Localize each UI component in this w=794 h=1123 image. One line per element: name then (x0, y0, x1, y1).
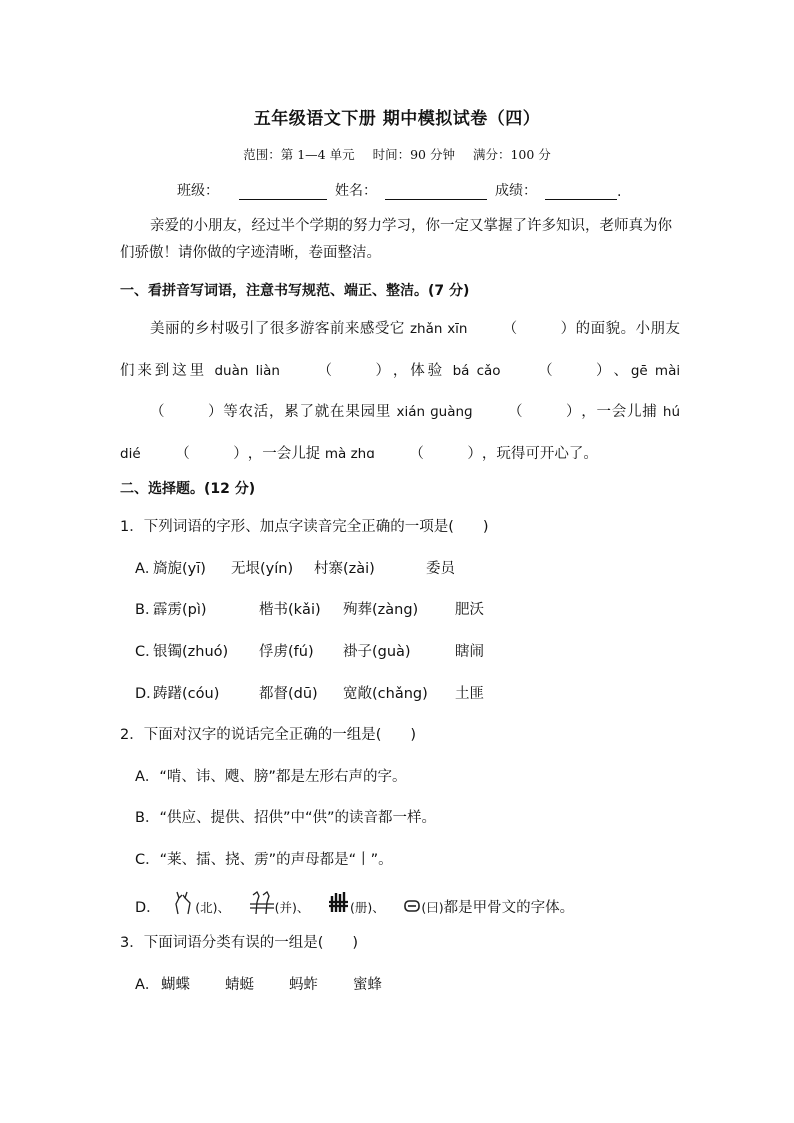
option-word: 委员 (426, 557, 455, 578)
name-label: 姓名： (335, 180, 377, 200)
trailing-mark: . (617, 184, 621, 200)
answer-blank-1[interactable]: （ ） (473, 309, 576, 351)
answer-blank-2[interactable]: （ ） (287, 351, 390, 393)
option-word: 殉葬(zàng) (343, 598, 455, 619)
question-3-stem: 3．下面词语分类有误的一组是( ) (120, 931, 358, 952)
option-word: 蜜蜂 (353, 973, 382, 994)
option-text: “供应、提供、招供”中“供”的读音都一样。 (159, 810, 436, 826)
pinyin-paragraph: 美丽的乡村吸引了很多游客前来感受它 zhǎn xīn （ ）的面貌。小朋友们来到… (120, 309, 680, 475)
option-text: 都是甲骨文的字体。 (444, 900, 575, 916)
option-letter: A． (135, 557, 153, 578)
option-word: 俘虏(fú) (259, 640, 343, 661)
option-word: 蜻蜓 (225, 973, 289, 994)
option-letter: D． (135, 900, 161, 916)
q1-option-b[interactable]: B．霹雳(pì)楷书(kǎi)殉葬(zàng)肥沃 (135, 598, 484, 619)
option-word: 无垠(yín) (231, 557, 314, 578)
q2-option-a[interactable]: A．“啃、讳、飕、膀”都是左形右声的字。 (135, 765, 406, 786)
option-word: 肥沃 (455, 598, 484, 619)
option-text: “啃、讳、飕、膀”都是左形右声的字。 (159, 769, 406, 785)
option-letter: C． (135, 852, 160, 868)
class-field[interactable] (239, 183, 327, 200)
q1-option-d[interactable]: D．踌躇(cóu)都督(dū)宽敞(chǎng)土匪 (135, 682, 484, 703)
text-fragment: ，体验 (390, 363, 445, 379)
text-fragment: ，玩得可开心了。 (482, 446, 598, 462)
option-word: 旖旎(yī) (153, 557, 231, 578)
option-letter: A． (135, 769, 159, 785)
answer-blank-6[interactable]: （ ） (145, 434, 248, 476)
oracle-ce-glyph-icon (328, 890, 350, 916)
glyph-caption: (曰) (421, 900, 443, 915)
score-field[interactable] (545, 183, 617, 200)
answer-blank-7[interactable]: （ ） (379, 434, 482, 476)
pinyin-gemai: gē mài (631, 363, 680, 379)
pinyin-duanlian: duàn liàn (214, 363, 279, 379)
name-field[interactable] (385, 183, 487, 200)
oracle-bing-glyph-icon (249, 890, 275, 916)
q1-option-a[interactable]: A．旖旎(yī)无垠(yín)村寨(zài)委员 (135, 557, 455, 578)
option-letter: B． (135, 598, 153, 619)
option-letter: A． (135, 973, 161, 994)
option-letter: D． (135, 682, 153, 703)
option-word: 褂子(guà) (343, 640, 455, 661)
question-1-stem: 1．下列词语的字形、加点字读音完全正确的一项是( ) (120, 515, 489, 536)
page-title: 五年级语文下册 期中模拟试卷（四） (0, 104, 794, 129)
text-fragment: 、 (611, 363, 631, 379)
text-fragment: ，一会儿捉 (248, 446, 321, 462)
option-word: 蝴蝶 (161, 973, 225, 994)
text-fragment: ，一会儿捕 (581, 404, 658, 420)
option-word: 霹雳(pì) (153, 598, 259, 619)
option-word: 踌躇(cóu) (153, 682, 259, 703)
option-word: 银镯(zhuó) (153, 640, 259, 661)
section1-heading: 一、看拼音写词语，注意书写规范、端正、整洁。(7 分) (120, 280, 469, 300)
exam-time: 时间：90 分钟 (373, 147, 455, 162)
option-word: 宽敞(chǎng) (343, 682, 455, 703)
q1-option-c[interactable]: C．银镯(zhuó)俘虏(fú)褂子(guà)瞎闹 (135, 640, 484, 661)
option-word: 土匪 (455, 682, 484, 703)
exam-meta: 范围：第 1—4 单元 时间：90 分钟 满分：100 分 (0, 145, 794, 163)
option-letter: C． (135, 640, 153, 661)
glyph-caption: (册)、 (350, 900, 385, 915)
answer-blank-5[interactable]: （ ） (478, 392, 581, 434)
answer-blank-4[interactable]: （ ） (120, 392, 223, 434)
pinyin-bacao: bá cǎo (453, 363, 501, 379)
option-letter: B． (135, 810, 159, 826)
pinyin-mazha: mà zhɑ (325, 446, 375, 462)
option-text: “莱、擂、挠、雳”的声母都是“丨”。 (160, 852, 393, 868)
student-info-row: 班级： 姓名： 成绩： . (177, 180, 621, 200)
option-word: 都督(dū) (259, 682, 343, 703)
exam-page: 五年级语文下册 期中模拟试卷（四） 范围：第 1—4 单元 时间：90 分钟 满… (0, 0, 794, 1123)
section2-heading: 二、选择题。(12 分) (120, 478, 255, 498)
glyph-caption: (并)、 (275, 900, 310, 915)
option-word: 楷书(kǎi) (259, 598, 343, 619)
pinyin-xianguang: xián ɡuànɡ (396, 404, 472, 420)
oracle-yue-glyph-icon (403, 898, 421, 914)
answer-blank-3[interactable]: （ ） (508, 351, 611, 393)
option-word: 蚂蚱 (289, 973, 353, 994)
class-label: 班级： (177, 180, 219, 200)
q3-option-a[interactable]: A．蝴蝶蜻蜓蚂蚱蜜蜂 (135, 973, 382, 994)
q2-option-c[interactable]: C．“莱、擂、挠、雳”的声母都是“丨”。 (135, 848, 393, 869)
text-fragment: 美丽的乡村吸引了很多游客前来感受它 (150, 321, 405, 337)
option-word: 瞎闹 (455, 640, 484, 661)
option-word: 村寨(zài) (314, 557, 426, 578)
question-2-stem: 2．下面对汉字的说话完全正确的一组是( ) (120, 723, 416, 744)
q2-option-b[interactable]: B．“供应、提供、招供”中“供”的读音都一样。 (135, 806, 436, 827)
exam-scope: 范围：第 1—4 单元 (243, 147, 354, 162)
intro-paragraph: 亲爱的小朋友，经过半个学期的努力学习，你一定又掌握了许多知识，老师真为你们骄傲！… (120, 213, 680, 267)
oracle-bei-glyph-icon (173, 890, 195, 916)
text-fragment: 等农活，累了就在果园里 (223, 404, 392, 420)
q2-option-d[interactable]: D． (北)、 (并)、 (册)、 (曰)都是甲骨文的 (135, 890, 574, 917)
score-label: 成绩： (495, 180, 537, 200)
glyph-caption: (北)、 (195, 900, 230, 915)
pinyin-zhanxin: zhǎn xīn (410, 321, 468, 337)
exam-score: 满分：100 分 (473, 147, 551, 162)
